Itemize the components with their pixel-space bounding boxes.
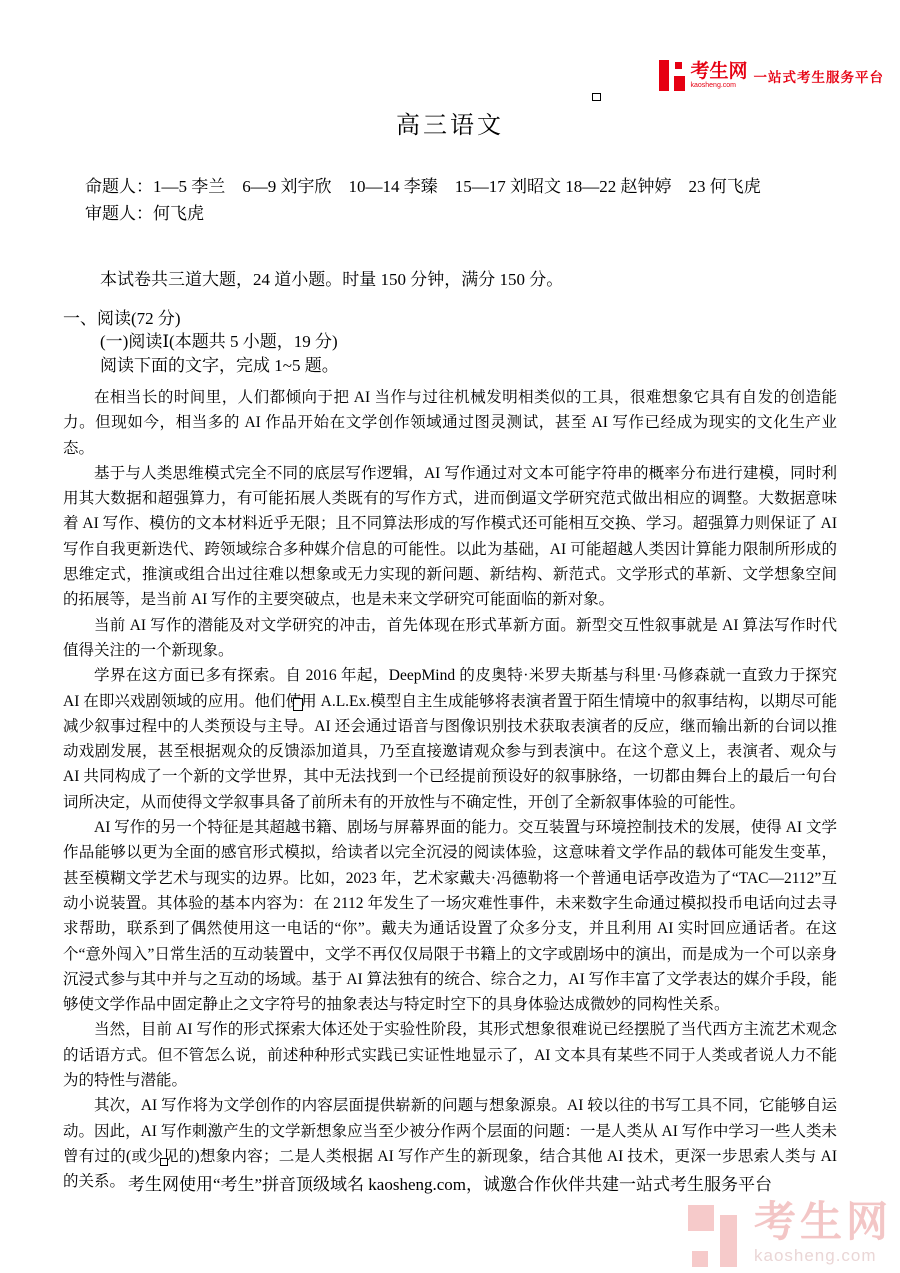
exam-info-line: 本试卷共三道大题，24 道小题。时量 150 分钟，满分 150 分。 bbox=[63, 268, 837, 291]
page-title: 高三语文 bbox=[63, 113, 837, 140]
placeholder-box-icon bbox=[293, 698, 303, 711]
footer-partnership-line: 考生网使用“考生”拼音顶级域名 kaosheng.com，诚邀合作伙伴共建一站式… bbox=[0, 1170, 900, 1195]
kaosheng-watermark: 考生网 kaosheng.com bbox=[688, 1201, 892, 1267]
placeholder-box-icon bbox=[592, 93, 601, 101]
brand-tagline: 一站式考生服务平台 bbox=[754, 66, 885, 86]
body-paragraph: 当前 AI 写作的潜能及对文学研究的冲击，首先体现在形式革新方面。新型交互性叙事… bbox=[63, 613, 837, 664]
reading-passage: 在相当长的时间里，人们都倾向于把 AI 当作与过往机械发明相类似的工具，很难想象… bbox=[63, 385, 837, 1195]
document-content: 高三语文 命题人：1—5 李兰 6—9 刘宇欣 10—14 李臻 15—17 刘… bbox=[0, 0, 900, 1195]
reading-instruction: 阅读下面的文字，完成 1~5 题。 bbox=[100, 354, 837, 378]
placeholder-box-icon bbox=[160, 1158, 168, 1166]
reviewer-line: 审题人：何飞虎 bbox=[85, 200, 837, 227]
subsection-heading: (一)阅读Ⅰ(本题共 5 小题，19 分) bbox=[100, 330, 837, 354]
body-paragraph: 当然，目前 AI 写作的形式探索大体还处于实验性阶段，其形式想象很难说已经摆脱了… bbox=[63, 1017, 837, 1093]
section-heading: 一、阅读(72 分) bbox=[63, 307, 837, 330]
kaosheng-blocks-watermark-icon bbox=[688, 1205, 746, 1267]
body-paragraph: 学界在这方面已多有探索。自 2016 年起，DeepMind 的皮奥特·米罗夫斯… bbox=[63, 663, 837, 815]
body-paragraph: 在相当长的时间里，人们都倾向于把 AI 当作与过往机械发明相类似的工具，很难想象… bbox=[63, 385, 837, 461]
setters-line: 命题人：1—5 李兰 6—9 刘宇欣 10—14 李臻 15—17 刘昭文 18… bbox=[85, 173, 837, 200]
body-paragraph: AI 写作的另一个特征是其超越书籍、剧场与屏幕界面的能力。交互装置与环境控制技术… bbox=[63, 815, 837, 1017]
kaosheng-blocks-icon bbox=[659, 60, 685, 91]
brand-name: 考生网 bbox=[690, 62, 747, 81]
body-paragraph: 基于与人类思维模式完全不同的底层写作逻辑，AI 写作通过对文本可能字符串的概率分… bbox=[63, 461, 837, 613]
exam-document-page: 考生网 kaosheng.com 一站式考生服务平台 高三语文 命题人：1—5 … bbox=[0, 0, 900, 1273]
brand-domain: kaosheng.com bbox=[690, 82, 747, 89]
exam-meta: 命题人：1—5 李兰 6—9 刘宇欣 10—14 李臻 15—17 刘昭文 18… bbox=[85, 173, 837, 227]
kaosheng-logo: 考生网 kaosheng.com 一站式考生服务平台 bbox=[659, 60, 884, 91]
watermark-brand-name: 考生网 bbox=[754, 1201, 892, 1243]
watermark-brand-domain: kaosheng.com bbox=[754, 1247, 892, 1264]
